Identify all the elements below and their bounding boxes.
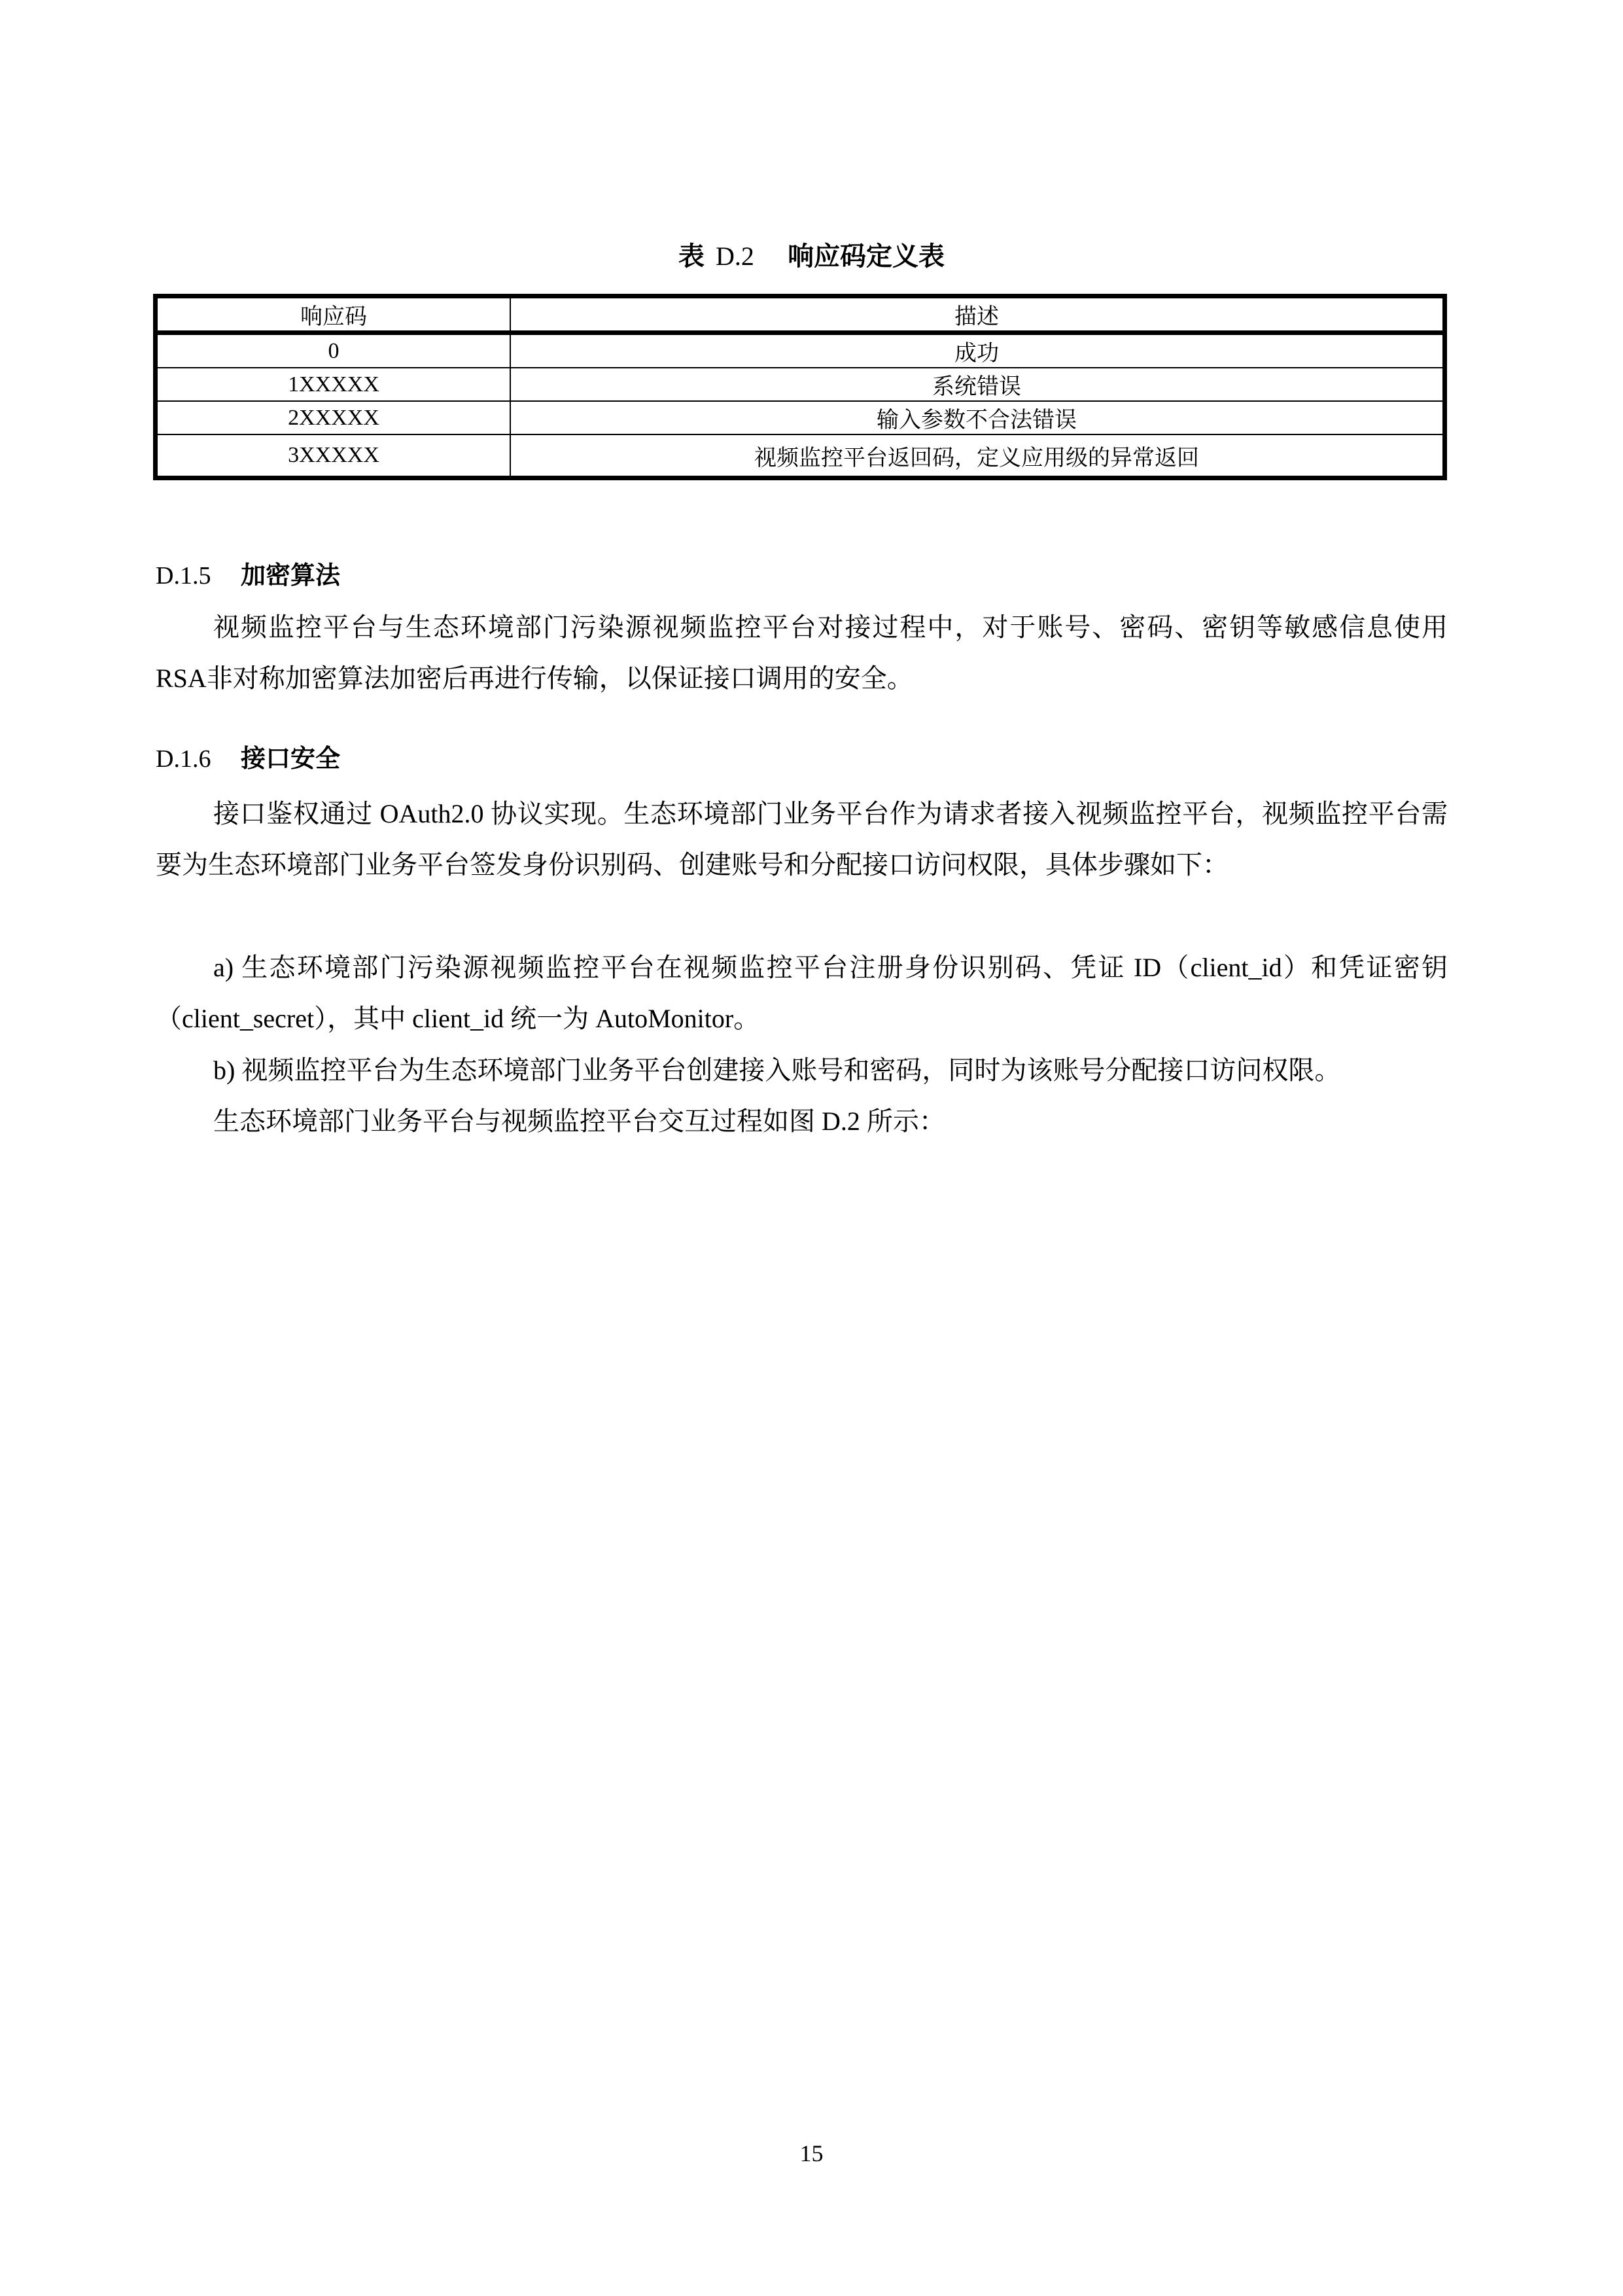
column-header-code: 响应码 [156, 296, 511, 333]
paragraph-encryption: 视频监控平台与生态环境部门污染源视频监控平台对接过程中，对于账号、密码、密钥等敏… [156, 602, 1448, 704]
cell-description: 系统错误 [510, 368, 1445, 401]
page-number: 15 [0, 2140, 1623, 2167]
section-heading-encryption: D.1.5 加密算法 [156, 555, 340, 591]
cell-description: 成功 [510, 333, 1445, 368]
table-row: 0 成功 [156, 333, 1445, 368]
list-item-b: b) 视频监控平台为生态环境部门业务平台创建接入账号和密码，同时为该账号分配接口… [156, 1045, 1448, 1096]
table-header-row: 响应码 描述 [156, 296, 1445, 333]
paragraph-figure-reference: 生态环境部门业务平台与视频监控平台交互过程如图 D.2 所示： [156, 1096, 1448, 1147]
table-row: 2XXXXX 输入参数不合法错误 [156, 401, 1445, 434]
table-caption-prefix: 表 [678, 242, 705, 271]
section-heading-interface-security: D.1.6 接口安全 [156, 738, 340, 774]
table-row: 1XXXXX 系统错误 [156, 368, 1445, 401]
table-caption-title: 响应码定义表 [788, 242, 945, 271]
column-header-description: 描述 [510, 296, 1445, 333]
cell-code: 3XXXXX [156, 434, 511, 478]
paragraph-oauth: 接口鉴权通过 OAuth2.0 协议实现。生态环境部门业务平台作为请求者接入视频… [156, 788, 1448, 891]
table-caption-number: D.2 [716, 241, 754, 271]
cell-code: 1XXXXX [156, 368, 511, 401]
list-item-a: a) 生态环境部门污染源视频监控平台在视频监控平台注册身份识别码、凭证 ID（c… [156, 942, 1448, 1044]
response-code-table: 响应码 描述 0 成功 1XXXXX 系统错误 2XXXXX 输入参数不合法错误… [153, 294, 1447, 480]
table-caption: 表 D.2 响应码定义表 [0, 236, 1623, 273]
section-title: 接口安全 [241, 745, 340, 773]
section-number: D.1.6 [156, 745, 211, 773]
cell-code: 0 [156, 333, 511, 368]
table-row: 3XXXXX 视频监控平台返回码，定义应用级的异常返回 [156, 434, 1445, 478]
cell-description: 视频监控平台返回码，定义应用级的异常返回 [510, 434, 1445, 478]
cell-code: 2XXXXX [156, 401, 511, 434]
section-title: 加密算法 [241, 562, 340, 590]
section-number: D.1.5 [156, 562, 211, 590]
cell-description: 输入参数不合法错误 [510, 401, 1445, 434]
